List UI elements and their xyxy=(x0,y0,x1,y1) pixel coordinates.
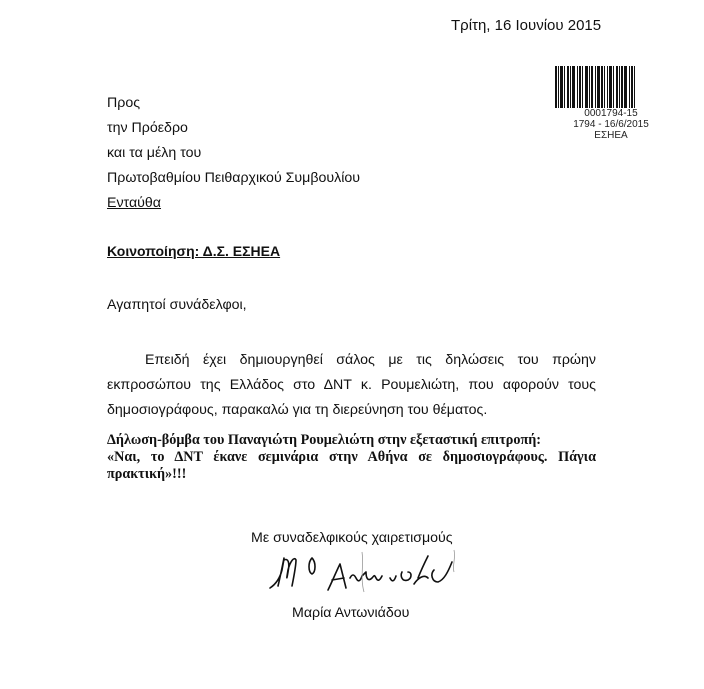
stamp-code: 0001794-15 xyxy=(555,108,667,119)
letter-date: Τρίτη, 16 Ιουνίου 2015 xyxy=(451,17,601,34)
recipient-line-4: Πρωτοβαθμίου Πειθαρχικού Συμβουλίου xyxy=(107,166,360,191)
body-text: Επειδή έχει δημιουργηθεί σάλος με τις δη… xyxy=(107,352,596,418)
body-paragraph: Επειδή έχει δημιουργηθεί σάλος με τις δη… xyxy=(107,348,596,423)
quoted-statement: Δήλωση-βόμβα του Παναγιώτη Ρουμελιώτη στ… xyxy=(107,432,596,483)
recipient-line-2: την Πρόεδρο xyxy=(107,116,188,141)
recipient-line-1: Προς xyxy=(107,91,140,116)
protocol-stamp: 0001794-15 1794 - 16/6/2015 ΕΣΗΕΑ xyxy=(555,66,667,141)
signer-name: Μαρία Αντωνιάδου xyxy=(292,605,409,621)
quote-line-2: «Ναι, το ΔΝΤ έκανε σεμινάρια στην Αθήνα … xyxy=(107,449,596,483)
cc-line: Κοινοποίηση: Δ.Σ. ΕΣΗΕΑ xyxy=(107,243,280,259)
stamp-protocol: 1794 - 16/6/2015 xyxy=(555,119,667,130)
greeting: Αγαπητοί συνάδελφοι, xyxy=(107,297,247,313)
barcode-icon xyxy=(555,66,667,108)
closing: Με συναδελφικούς χαιρετισμούς xyxy=(251,530,453,546)
stamp-org: ΕΣΗΕΑ xyxy=(555,130,667,141)
recipient-line-5: Ενταύθα xyxy=(107,191,161,216)
recipient-line-3: και τα μέλη του xyxy=(107,141,201,166)
quote-line-1: Δήλωση-βόμβα του Παναγιώτη Ρουμελιώτη στ… xyxy=(107,432,596,449)
signature-icon xyxy=(262,548,472,598)
